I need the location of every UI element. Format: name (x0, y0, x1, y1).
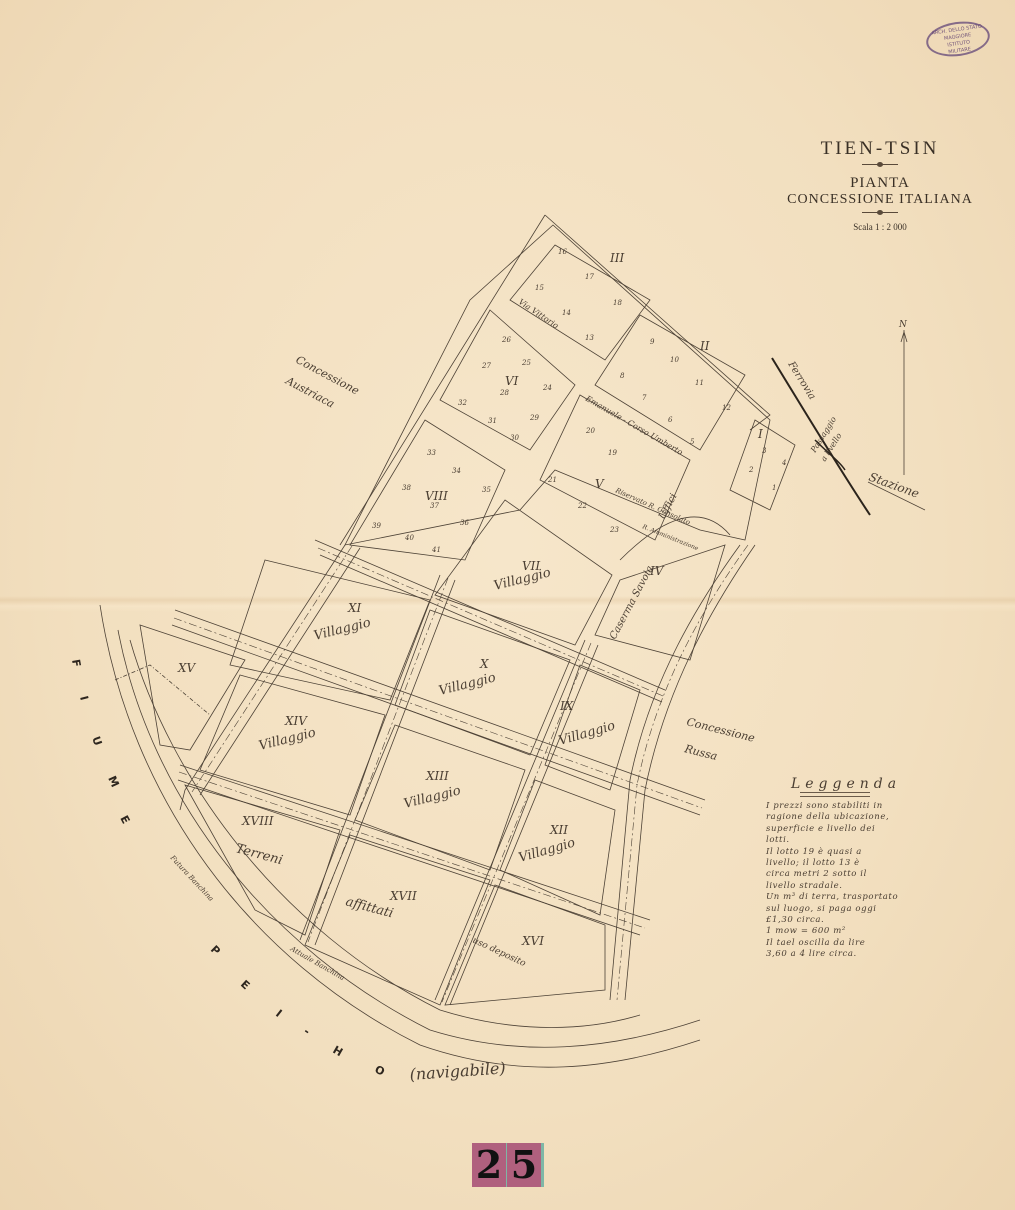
river-letter: U (89, 735, 104, 748)
block-v-label: V (595, 477, 605, 491)
legend-line: livello stradale. (766, 881, 906, 892)
russian-concession-line1: Concessione (685, 715, 756, 745)
lot-38: 38 (402, 484, 411, 492)
lot-23: 23 (609, 526, 619, 534)
river-letter: I (273, 1007, 284, 1020)
lot-16: 16 (558, 248, 567, 256)
legend: Leggenda I prezzi sono stabiliti in ragi… (766, 776, 906, 961)
legend-line: superficie e livello dei (766, 824, 906, 835)
lot-11: 11 (695, 379, 704, 387)
block-xiii-note: Villaggio (402, 783, 462, 812)
legend-line: £1,30 circa. (766, 915, 906, 926)
river-letter: M (105, 774, 121, 789)
lot-9: 9 (650, 338, 655, 346)
legend-underline (800, 792, 870, 797)
block-xiii-label: XIII (425, 769, 449, 783)
lot-31: 31 (488, 417, 497, 425)
lot-3: 3 (762, 447, 767, 455)
russian-concession-line2: Russa (682, 742, 718, 763)
lot-18: 18 (613, 299, 622, 307)
legend-line: 3,60 a 4 lire circa. (766, 949, 906, 960)
block-v-note: Riservato R. Consolato (613, 486, 691, 527)
river-letter: H (331, 1043, 345, 1059)
lot-4: 4 (781, 459, 786, 467)
map-sheet: ARCH. DELLO STATO MAGGIORE ISTITUTO MILI… (0, 0, 1015, 1210)
lot-20: 20 (585, 427, 595, 435)
block-xi-note: Villaggio (312, 615, 372, 644)
lot-37: 37 (430, 502, 439, 510)
north-label: N (898, 320, 908, 330)
lot-29: 29 (529, 414, 539, 422)
lot-5: 5 (690, 438, 695, 446)
river-letter: P (208, 943, 223, 958)
lot-36: 36 (460, 519, 469, 527)
river-letter: F (69, 658, 83, 668)
lot-34: 34 (452, 467, 461, 475)
river-letter: O (373, 1063, 387, 1079)
lot-30: 30 (510, 434, 519, 442)
block-xii-note: Villaggio (517, 835, 577, 865)
legend-line: I prezzi sono stabiliti in (766, 801, 906, 812)
blocks-i-viii-outline (345, 225, 770, 545)
lot-26: 26 (501, 336, 511, 344)
lot-25: 25 (521, 359, 531, 367)
lot-6: 6 (668, 416, 673, 424)
block-xvi-note: uso deposito (471, 936, 528, 970)
street-emanuele: Emanuele - Corso Umberto (583, 393, 684, 457)
block-xvii-note: affittati (344, 894, 395, 921)
concession-map: N Concessione Austriaca Concessione Russ… (0, 0, 1015, 1210)
plate-digit: 2 (472, 1143, 506, 1187)
lot-35: 35 (482, 486, 491, 494)
block-xi-label: XI (347, 601, 362, 615)
legend-line: 1 mow = 600 m² (766, 926, 906, 937)
legend-title: Leggenda (786, 776, 906, 792)
lot-24: 24 (542, 384, 552, 392)
legend-line: ragione della ubicazione, (766, 812, 906, 823)
lot-39: 39 (372, 522, 381, 530)
legend-line: lotti. (766, 835, 906, 846)
lot-2: 2 (748, 466, 754, 474)
railway-label: Ferrovia (785, 359, 818, 402)
street-via-vittorio: Via Vittorio (517, 297, 560, 330)
block-iv (595, 545, 725, 660)
block-ii-label: II (699, 339, 710, 353)
station-label: Stazione (867, 470, 921, 501)
block-viii-label: VIII (425, 489, 448, 503)
lot-28: 28 (499, 389, 509, 397)
navigable-label: (navigabile) (409, 1058, 506, 1084)
block-xv-dashed (115, 665, 210, 715)
lot-41: 41 (431, 546, 441, 554)
block-i-label: I (757, 427, 763, 441)
street-west (180, 545, 360, 810)
block-xv-label: XV (177, 661, 197, 675)
lot-19: 19 (608, 449, 617, 457)
block-x-note: Villaggio (437, 670, 497, 699)
lot-15: 15 (535, 284, 544, 292)
block-x-label: X (479, 657, 489, 671)
lot-10: 10 (670, 356, 679, 364)
amministrazione-label: R. Amministrazione (640, 523, 699, 552)
lot-17: 17 (585, 273, 594, 281)
block-xviii-label: XVIII (241, 814, 274, 828)
plate-number-label: 2 5 (472, 1143, 544, 1187)
north-boundary (340, 215, 770, 545)
block-xviii-note: Terreni (234, 841, 284, 868)
plate-digit: 5 (507, 1143, 541, 1187)
block-ii (595, 315, 745, 450)
block-xvii-label: XVII (389, 889, 417, 903)
lot-40: 40 (404, 534, 414, 542)
river-letter: E (117, 813, 132, 826)
legend-line: sul luogo, si paga oggi (766, 904, 906, 915)
old-bank-label: Futura Banchina (168, 853, 215, 903)
river-letter: - (301, 1025, 312, 1038)
block-xiv-label: XIV (284, 714, 308, 728)
block-xii-label: XII (549, 823, 568, 837)
legend-line: Un m³ di terra, trasportato (766, 892, 906, 903)
block-iii-label: III (609, 251, 624, 265)
lot-27: 27 (481, 362, 491, 370)
river-inner-bank (118, 630, 700, 1047)
legend-line: livello; il lotto 13 è (766, 858, 906, 869)
block-ix-label: IX (559, 699, 574, 713)
legend-line: Il tael oscilla da lire (766, 938, 906, 949)
river-name: F I U M E P E I - H O (69, 658, 387, 1078)
lot-1: 1 (772, 484, 776, 492)
street-east-west-2 (172, 610, 705, 815)
lot-7: 7 (642, 394, 647, 402)
block-xvi-label: XVI (521, 934, 544, 948)
lot-33: 33 (427, 449, 436, 457)
legend-line: Il lotto 19 è quasi a (766, 847, 906, 858)
lot-14: 14 (562, 309, 571, 317)
lot-21: 21 (547, 476, 557, 484)
lot-13: 13 (585, 334, 594, 342)
lot-12: 12 (722, 404, 731, 412)
lot-22: 22 (577, 502, 587, 510)
block-vi-label: VI (505, 374, 519, 388)
lot-32: 32 (458, 399, 467, 407)
legend-line: circa metri 2 sotto il (766, 869, 906, 880)
river-letter: I (77, 695, 91, 702)
lot-8: 8 (620, 372, 625, 380)
block-xvii (305, 835, 490, 1005)
river-letter: E (238, 978, 252, 993)
block-xv (140, 625, 245, 750)
block-xiv-note: Villaggio (257, 725, 317, 754)
